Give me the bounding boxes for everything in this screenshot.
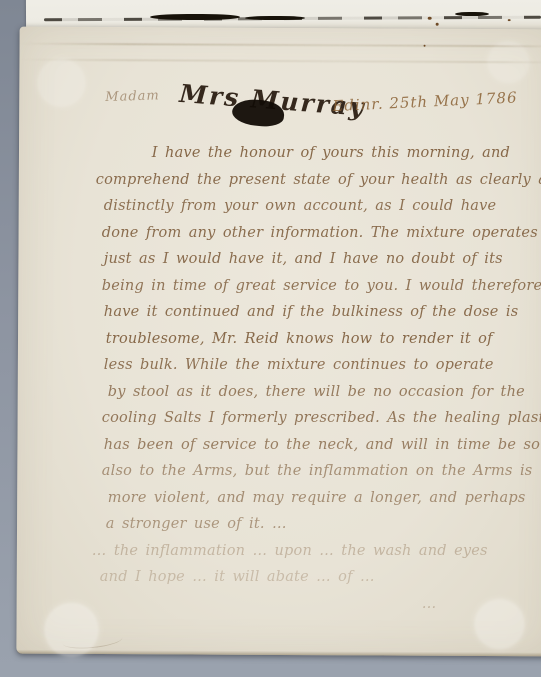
mounting-mark — [44, 603, 98, 657]
manuscript-line: also to the Arms, but the inflammation o… — [102, 458, 541, 485]
mounting-mark — [37, 59, 85, 107]
tear-mark — [245, 16, 305, 20]
manuscript-line: just as I would have it, and I have no d… — [104, 246, 541, 272]
fold-crease — [20, 43, 541, 48]
tear-mark — [150, 14, 240, 20]
manuscript-line: … the inflammation … upon … the wash and… — [92, 538, 541, 565]
manuscript-line: have it continued and if the bulkiness o… — [104, 299, 541, 326]
letter-body: I have the honour of yours this morning,… — [92, 140, 541, 617]
ink-speck — [428, 17, 432, 20]
fold-crease — [19, 59, 541, 64]
manuscript-photo: Madam Mrs Murray Edinr. 25th May 1786 I … — [0, 0, 541, 677]
manuscript-line: distinctly from your own account, as I c… — [104, 193, 541, 220]
ink-speck — [424, 45, 426, 47]
manuscript-line: … — [422, 591, 541, 618]
manuscript-line: I have the honour of yours this morning,… — [152, 140, 541, 167]
manuscript-line: by stool as it does, there will be no oc… — [108, 379, 541, 406]
tear-mark — [455, 12, 489, 16]
manuscript-line: cooling Salts I formerly prescribed. As … — [102, 405, 541, 432]
salutation: Madam — [105, 88, 160, 105]
manuscript-line: a stronger use of it. … — [106, 511, 541, 538]
manuscript-line: and I hope … it will abate … of … — [100, 564, 541, 591]
manuscript-line: more violent, and may require a longer, … — [108, 485, 541, 512]
page-bottom-edge — [16, 650, 541, 657]
manuscript-line: done from any other information. The mix… — [102, 220, 541, 247]
manuscript-line: troublesome, Mr. Reid knows how to rende… — [106, 326, 541, 353]
mounting-mark — [487, 41, 529, 83]
manuscript-line: comprehend the present state of your hea… — [96, 167, 541, 194]
manuscript-line: being in time of great service to you. I… — [102, 273, 541, 300]
ink-speck — [508, 19, 511, 21]
manuscript-line: has been of service to the neck, and wil… — [104, 432, 541, 459]
ink-speck — [436, 23, 439, 26]
letter-page: Madam Mrs Murray Edinr. 25th May 1786 I … — [16, 27, 541, 657]
manuscript-line: less bulk. While the mixture continues t… — [104, 352, 541, 379]
